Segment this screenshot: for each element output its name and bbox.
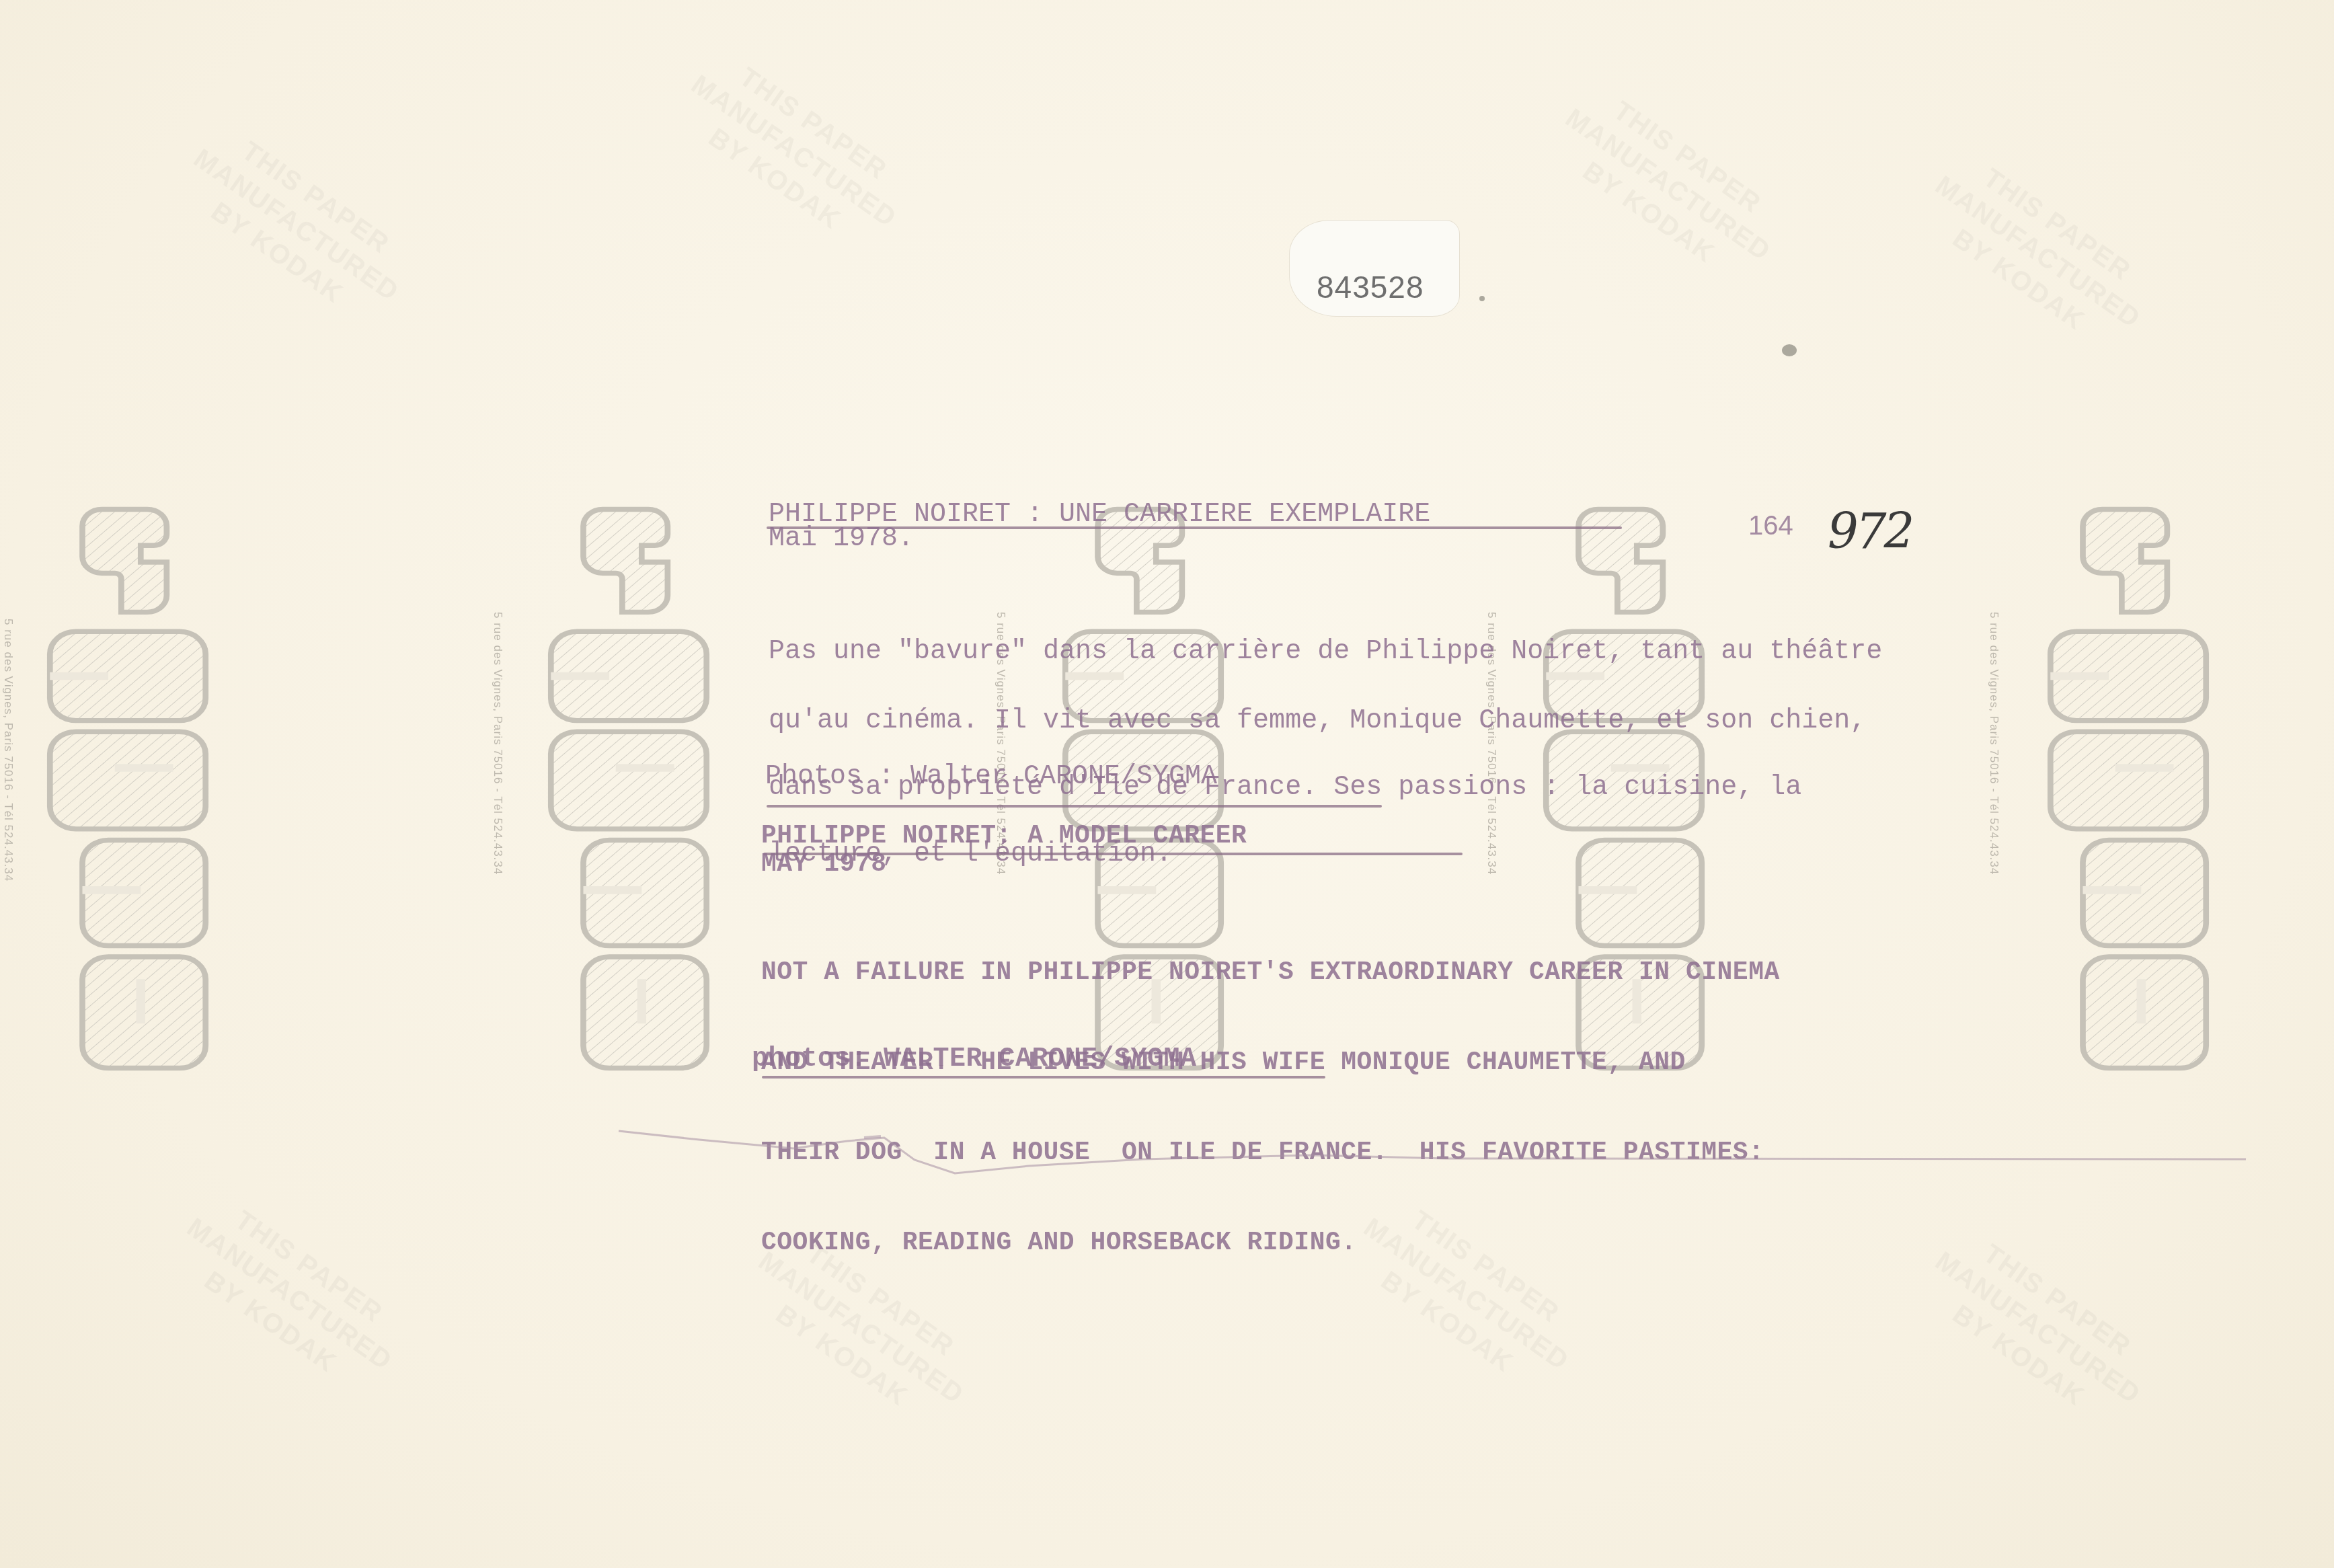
- agency-address: 5 rue des Vignes, Paris 75016 - Tél 524.…: [491, 612, 504, 875]
- caption-fr-line: Pas une "bavure" dans la carrière de Phi…: [769, 640, 1882, 664]
- caption-en-credit: photos: WALTER CARONE/SYGMA: [752, 1048, 1197, 1072]
- archive-sticker: 843528: [1290, 221, 1459, 316]
- caption-en-line: COOKING, READING AND HORSEBACK RIDING.: [761, 1228, 1780, 1259]
- underline: [767, 805, 1382, 808]
- caption-en-title: PHILIPPE NOIRET: A MODEL CAREER: [761, 824, 1247, 849]
- reference-number: 164: [1748, 511, 1793, 541]
- sticker-number: 843528: [1317, 269, 1424, 305]
- dust-spot: [1479, 296, 1485, 301]
- handwritten-number: 972: [1828, 503, 1912, 559]
- sygma-logo: [37, 501, 219, 1079]
- caption-en-date: MAY 1978: [761, 853, 886, 877]
- caption-en-body: NOT A FAILURE IN PHILIPPE NOIRET'S EXTRA…: [761, 896, 1780, 1290]
- caption-en-line: NOT A FAILURE IN PHILIPPE NOIRET'S EXTRA…: [761, 957, 1780, 988]
- sygma-logo: [538, 501, 719, 1079]
- caption-en-line: THEIR DOG IN A HOUSE ON ILE DE FRANCE. H…: [761, 1138, 1780, 1169]
- agency-address: 5 rue des Vignes, Paris 75016 - Tél 524.…: [1987, 612, 2000, 875]
- underline: [762, 1076, 1325, 1079]
- dust-spot: [1782, 344, 1797, 356]
- caption-fr-date: Mai 1978.: [769, 527, 914, 551]
- sygma-logo: [2037, 501, 2219, 1079]
- agency-address: 5 rue des Vignes, Paris 75016 - Tél 524.…: [1, 619, 15, 881]
- caption-fr-credit: Photos : Walter CARONE/SYGMA: [765, 765, 1217, 789]
- caption-fr-line: qu'au cinéma. Il vit avec sa femme, Moni…: [769, 709, 1882, 733]
